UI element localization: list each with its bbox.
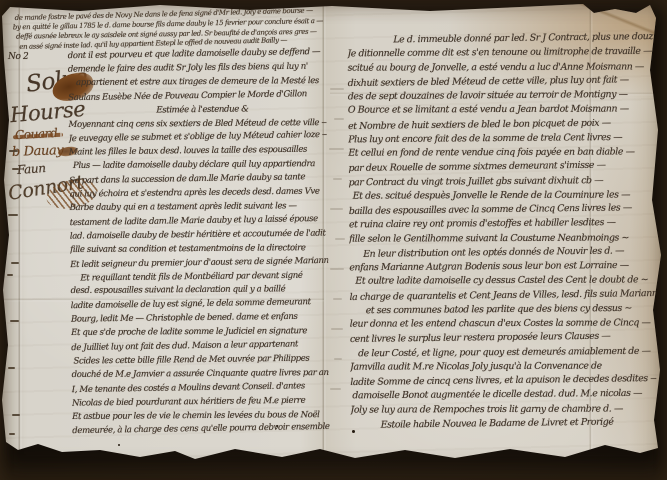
ink-speck [118, 444, 120, 446]
fold-ink-mark [8, 214, 18, 216]
ink-speck [90, 457, 92, 459]
ink-speck [276, 425, 278, 427]
margin-signature: b Dauay [12, 143, 64, 160]
paper-sheet: de mande fostre le pavé des de Novy Ne d… [0, 0, 667, 480]
bleed-through-mark [330, 208, 343, 210]
fold-ink-mark [10, 320, 19, 322]
bleed-through-mark [331, 328, 343, 330]
right-page-text: Le d. immeuble donné par led. Sr J Contr… [347, 31, 656, 436]
bleed-through-mark [335, 238, 345, 240]
fold-ink-mark [11, 262, 19, 264]
fold-ink-mark [12, 414, 20, 416]
fold-ink-mark [8, 367, 15, 369]
manuscript-line: damoiselle Bonot augmentée le dicelle de… [350, 387, 656, 404]
ink-speck [620, 462, 623, 465]
folio-mark: No 2 [8, 52, 28, 62]
manuscript-line: demeurée, à la charge des cens qu'elle p… [72, 421, 330, 439]
fold-ink-mark [7, 274, 13, 276]
manuscript-line: Je ditionnelle comme dit est s'en tenoun… [347, 45, 653, 62]
bleed-through-mark [330, 388, 341, 390]
ink-speck [352, 430, 355, 433]
margin-signature: Faun [17, 161, 46, 177]
left-page-text: dont il est pourveu et que ladite damois… [68, 46, 331, 441]
manuscript-line: Estoile habile Nouvea le Badame de Livre… [351, 415, 657, 433]
bleed-through-mark [334, 118, 344, 120]
bleed-through-mark [334, 358, 342, 360]
ink-speck [563, 461, 566, 464]
left-fold-crease [18, 8, 22, 452]
bleed-through-mark [333, 298, 342, 300]
manuscript-line: et ruina claire rey ont promis d'estoffe… [349, 216, 655, 233]
bleed-through-mark [329, 148, 344, 150]
manuscript-scan: de mande fostre le pavé des de Novy Ne d… [0, 0, 667, 480]
fold-ink-mark [9, 433, 15, 435]
bleed-through-mark [330, 88, 344, 90]
fold-ink-mark [12, 168, 19, 170]
fold-ink-mark [9, 150, 18, 152]
bleed-through-mark [330, 268, 344, 270]
bleed-through-mark [333, 178, 342, 180]
